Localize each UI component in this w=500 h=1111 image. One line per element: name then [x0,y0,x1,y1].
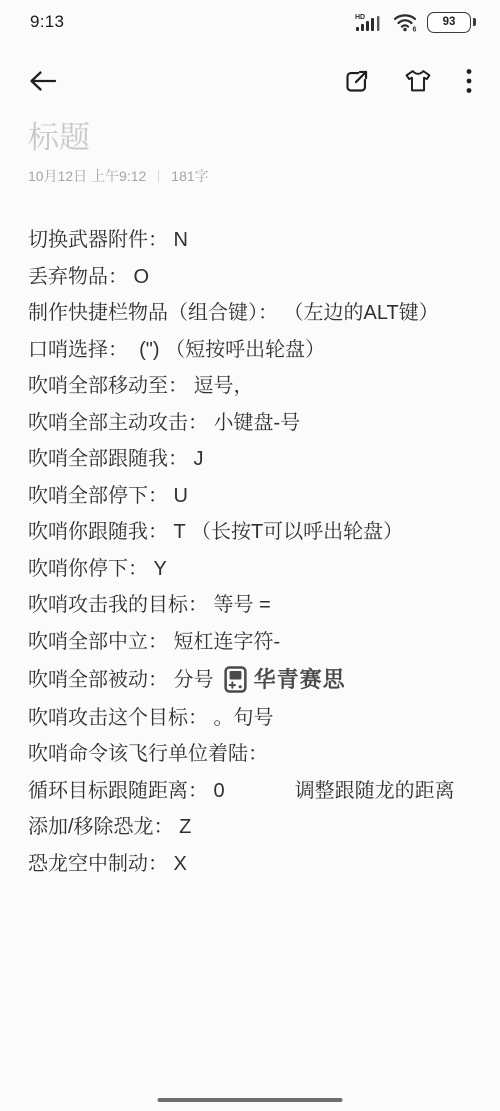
theme-button[interactable] [403,68,433,95]
wifi-icon: 6 [393,12,419,32]
tshirt-icon [403,68,433,95]
note-line: 吹哨全部移动至： 逗号， [28,374,472,398]
title-row [0,120,500,156]
clock: 9:13 [30,12,64,32]
note-line: 吹哨攻击这个目标： 。句号 [28,706,472,730]
note-line: 口哨选择： (") （短按呼出轮盘） [28,338,472,362]
note-line-text: 循环目标跟随距离： 0 [28,779,225,803]
status-bar: 9:13 HD 6 93 [0,0,500,34]
back-button[interactable] [28,69,58,93]
note-line-text: 吹哨攻击我的目标： 等号 = [28,593,271,617]
more-button[interactable] [466,68,472,94]
watermark-text: 华青赛思 [254,668,346,692]
meta-divider [158,170,159,183]
note-line-text: 口哨选择： (") （短按呼出轮盘） [28,338,325,362]
note-line-text: 吹哨命令该飞行单位着陆： [28,742,268,766]
note-line: 添加/移除恐龙： Z [28,815,472,839]
note-line-text: 吹哨全部主动攻击： 小键盘-号 [28,411,300,435]
note-date: 10月12日 上午9:12 [28,166,146,186]
note-line-text: 制作快捷栏物品（组合键）： （左边的ALT键） [28,301,439,325]
note-line-text: 添加/移除恐龙： Z [28,815,191,839]
battery-indicator: 93 [427,12,476,33]
note-body[interactable]: 切换武器附件： N 丢弃物品： O 制作快捷栏物品（组合键）： （左边的ALT键… [0,228,500,876]
note-line: 制作快捷栏物品（组合键）： （左边的ALT键） [28,301,472,325]
note-line-text: 吹哨全部中立： 短杠连字符- [28,630,280,654]
note-line: 恐龙空中制动： X [28,852,472,876]
note-line: 吹哨全部停下： U [28,484,472,508]
note-line-text: 恐龙空中制动： X [28,852,187,876]
battery-percent: 93 [427,12,471,33]
export-icon [343,68,370,95]
note-line-text: 吹哨全部跟随我： J [28,447,204,471]
battery-nub [473,18,476,26]
notes-app-screen: 9:13 HD 6 93 [0,0,500,1111]
svg-text:6: 6 [413,27,417,33]
note-annotation: 调整跟随龙的距离 [295,779,455,803]
title-input[interactable] [28,120,472,156]
note-line-text: 吹哨全部移动至： 逗号， [28,374,254,398]
note-line: 吹哨命令该飞行单位着陆： [28,742,472,766]
note-line-text: 吹哨你跟随我： T （长按T可以呼出轮盘） [28,520,403,544]
note-line: 吹哨你停下： Y [28,557,472,581]
navbar-actions [343,68,472,95]
note-line: 丢弃物品： O [28,265,472,289]
note-line-with-watermark: 吹哨全部被动： 分号 华青赛思 [28,666,472,693]
note-meta: 10月12日 上午9:12 181字 [0,166,500,186]
svg-text:HD: HD [355,14,365,21]
note-line: 吹哨攻击我的目标： 等号 = [28,593,472,617]
home-indicator[interactable] [158,1098,343,1103]
status-icons: HD 6 93 [355,12,476,33]
note-line-text: 吹哨全部被动： 分号 [28,668,214,692]
cellular-signal-icon: HD [355,12,385,32]
note-line: 吹哨你跟随我： T （长按T可以呼出轮盘） [28,520,472,544]
note-char-count: 181字 [171,166,208,186]
note-line: 吹哨全部中立： 短杠连字符- [28,630,472,654]
note-line-text: 吹哨攻击这个目标： 。句号 [28,706,274,730]
kebab-menu-icon [466,68,472,94]
note-line-text: 丢弃物品： O [28,265,149,289]
note-line-with-annotation: 循环目标跟随距离： 0 调整跟随龙的距离 [28,779,472,803]
note-line: 切换武器附件： N [28,228,472,252]
export-button[interactable] [343,68,370,95]
navbar [0,58,500,104]
game-console-icon [224,666,247,693]
note-line-text: 切换武器附件： N [28,228,188,252]
note-line-text: 吹哨全部停下： U [28,484,188,508]
note-line: 吹哨全部主动攻击： 小键盘-号 [28,411,472,435]
back-arrow-icon [28,69,58,93]
watermark: 华青赛思 [224,666,346,693]
note-line: 吹哨全部跟随我： J [28,447,472,471]
note-line-text: 吹哨你停下： Y [28,557,167,581]
